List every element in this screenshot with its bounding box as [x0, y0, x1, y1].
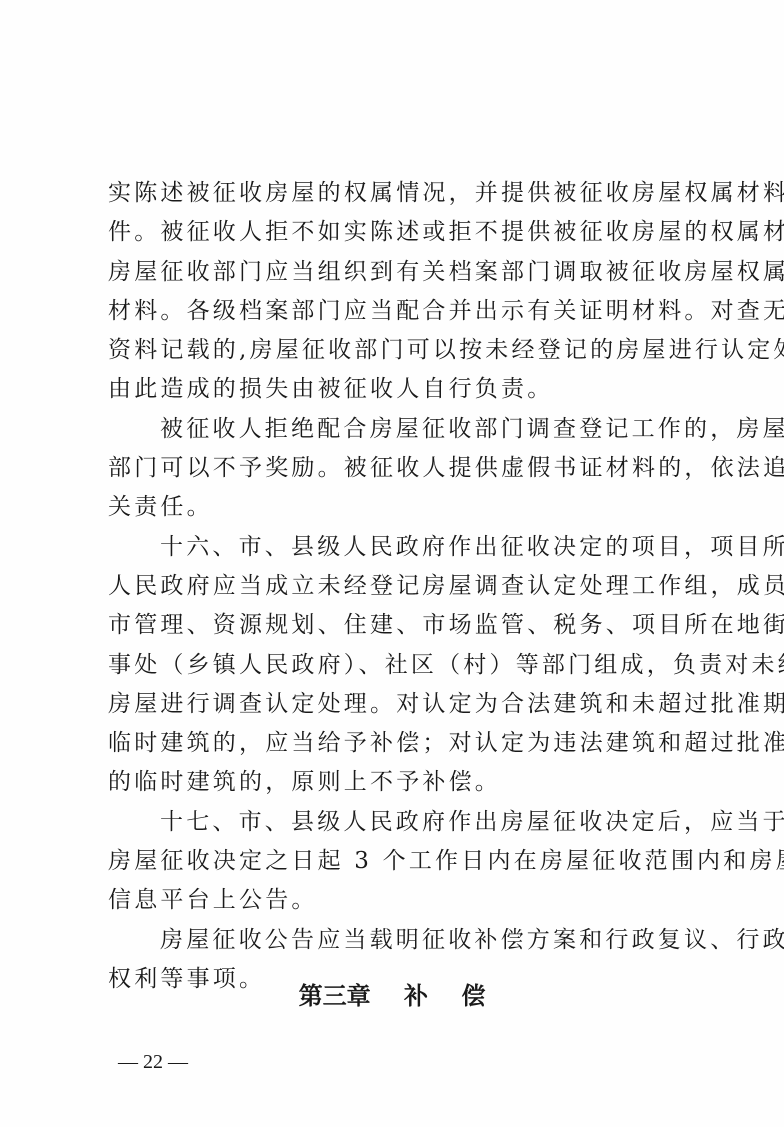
body-text: 实陈述被征收房屋的权属情况，并提供被征收房屋权属材料复印 件。被征收人拒不如实陈…: [108, 174, 694, 999]
document-page: 实陈述被征收房屋的权属情况，并提供被征收房屋权属材料复印 件。被征收人拒不如实陈…: [0, 0, 784, 1127]
text-line: 房屋征收部门应当组织到有关档案部门调取被征收房屋权属证据: [108, 253, 694, 292]
text-line: 实陈述被征收房屋的权属情况，并提供被征收房屋权属材料复印: [108, 174, 694, 213]
text-line: 部门可以不予奖励。被征收人提供虚假书证材料的，依法追究有: [108, 449, 694, 488]
text-line: 的临时建筑的，原则上不予补偿。: [108, 763, 694, 802]
text-line: 市管理、资源规划、住建、市场监管、税务、项目所在地街道办: [108, 606, 694, 645]
text-line: 信息平台上公告。: [108, 881, 694, 920]
text-line: 临时建筑的，应当给予补偿；对认定为违法建筑和超过批准期限: [108, 724, 694, 763]
page-number: — 22 —: [118, 1048, 188, 1076]
text-line: 件。被征收人拒不如实陈述或拒不提供被征收房屋的权属材料的，: [108, 213, 694, 252]
paragraph-start-line: 房屋征收公告应当载明征收补偿方案和行政复议、行政诉讼: [108, 921, 694, 960]
article-16-start-line: 十六、市、县级人民政府作出征收决定的项目，项目所在地: [108, 528, 694, 567]
text-line: 关责任。: [108, 488, 694, 527]
text-line: 由此造成的损失由被征收人自行负责。: [108, 370, 694, 409]
chapter-title: 第三章 补 偿: [0, 978, 784, 1014]
text-line: 房屋征收决定之日起 3 个工作日内在房屋征收范围内和房屋征收: [108, 842, 694, 881]
text-line: 事处（乡镇人民政府）、社区（村）等部门组成，负责对未经登记: [108, 646, 694, 685]
text-line: 人民政府应当成立未经登记房屋调查认定处理工作组，成员由城: [108, 567, 694, 606]
text-line: 材料。各级档案部门应当配合并出示有关证明材料。对查无权属: [108, 292, 694, 331]
paragraph-start-line: 被征收人拒绝配合房屋征收部门调查登记工作的，房屋征收: [108, 410, 694, 449]
article-17-start-line: 十七、市、县级人民政府作出房屋征收决定后，应当于作出: [108, 803, 694, 842]
text-line: 房屋进行调查认定处理。对认定为合法建筑和未超过批准期限的: [108, 685, 694, 724]
text-line: 资料记载的,房屋征收部门可以按未经登记的房屋进行认定处理，: [108, 331, 694, 370]
